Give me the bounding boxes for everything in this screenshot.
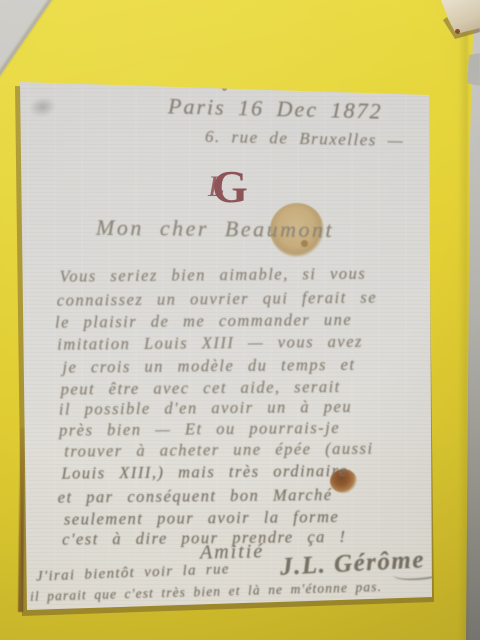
photo-of-letter: Paris 16 Dec 1872 6. rue de Bruxelles — … [0, 0, 480, 640]
body-line: le plaisir de me commander une [55, 310, 352, 333]
body-line: Louis XIII,) mais très ordinaire [61, 461, 348, 484]
mat-right-shadow [458, 0, 468, 640]
torn-tape-speck [455, 29, 460, 34]
body-line: je crois un modèle du temps et [62, 355, 355, 378]
body-line: Vous seriez bien aimable, si vous [59, 264, 366, 287]
body-line: seulement pour avoir la forme [64, 507, 339, 530]
body-line: trouver à acheter une épée (aussi [64, 439, 373, 462]
closing: Amitié [200, 540, 265, 564]
body-line: peut être avec cet aide, serait [61, 377, 341, 400]
body-line: il possible d'en avoir un à peu [59, 397, 352, 420]
body-line: et par conséquent bon Marché [58, 485, 333, 508]
body-line: connaissez un ouvrier qui ferait se [57, 288, 377, 311]
letter-paper: Paris 16 Dec 1872 6. rue de Bruxelles — … [0, 0, 480, 640]
body-line: imitation Louis XIII — vous avez [57, 332, 363, 355]
body-line: près bien — Et ou pourrais-je [59, 418, 340, 441]
